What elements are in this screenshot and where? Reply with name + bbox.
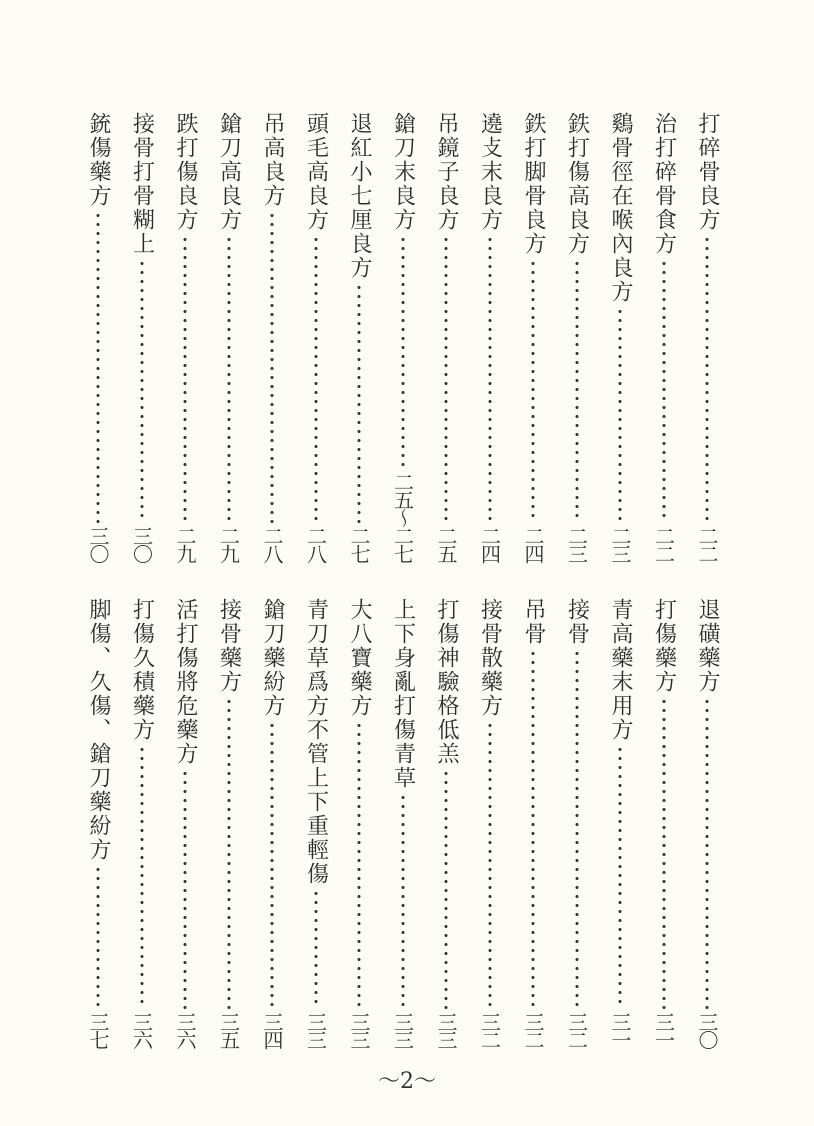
- toc-entry[interactable]: 活打傷將危藥方三六: [170, 598, 200, 1048]
- toc-entry[interactable]: 打傷神驗格低羔三三: [431, 598, 461, 1048]
- dot-leader: [401, 793, 405, 1009]
- toc-entry-title: 大八寶藥方: [344, 598, 374, 718]
- toc-entry[interactable]: 脚傷、久傷、鎗刀藥紛方三七: [83, 598, 113, 1048]
- toc-entry-page: 三四: [258, 1012, 286, 1048]
- dot-leader: [96, 865, 100, 1009]
- toc-entry[interactable]: 接骨藥方三五: [214, 598, 244, 1048]
- dot-leader: [662, 697, 666, 1009]
- toc-entry-page: 三三: [345, 1012, 373, 1048]
- toc-entry-title: 遶攴末良方: [475, 112, 505, 232]
- toc-entry-title: 治打碎骨食方: [649, 112, 679, 256]
- toc-entry[interactable]: 青刀草爲方不管上下重輕傷三三: [301, 598, 331, 1048]
- dot-leader: [488, 721, 492, 1009]
- toc-entry-page: 三三: [389, 1012, 417, 1048]
- toc-entry[interactable]: 鎗刀高良方二九: [214, 112, 244, 562]
- toc-entry-page: 二七: [345, 526, 373, 562]
- toc-entry-page: 二四: [519, 526, 547, 562]
- toc-entry-page: 二五: [432, 526, 460, 562]
- toc-entry[interactable]: 鉄打傷高良方二三: [562, 112, 592, 562]
- dot-leader: [662, 259, 666, 523]
- toc-entry-title: 鉄打傷高良方: [562, 112, 592, 256]
- toc-entry[interactable]: 銃傷藥方三〇: [83, 112, 113, 562]
- toc-entry-page: 三二: [563, 1012, 591, 1048]
- toc-entry-page: 三一: [650, 1012, 678, 1048]
- toc-entry-title: 接骨散藥方: [475, 598, 505, 718]
- toc-entry-title: 鉄打脚骨良方: [518, 112, 548, 256]
- toc-entry[interactable]: 鎗刀藥紛方三四: [257, 598, 287, 1048]
- toc-entry-page: 三〇: [693, 1012, 721, 1048]
- toc-entry-title: 鎗刀末良方: [388, 112, 418, 232]
- toc-entry[interactable]: 吊骨三二: [518, 598, 548, 1048]
- toc-entry-title: 打碎骨良方: [692, 112, 722, 232]
- toc-entry-page: 三二: [476, 1012, 504, 1048]
- toc-entry[interactable]: 青高藥末用方三一: [605, 598, 635, 1048]
- toc-entry-title: 跌打傷良方: [170, 112, 200, 232]
- toc-entry-page: 三〇: [84, 526, 112, 562]
- toc-entry-title: 吊鏡子良方: [431, 112, 461, 232]
- dot-leader: [270, 211, 274, 523]
- toc-page: 打碎骨良方二二治打碎骨食方二二鷄骨徑在喉內良方二三鉄打傷高良方二三鉄打脚骨良方二…: [0, 0, 814, 1126]
- toc-entry[interactable]: 頭毛高良方二八: [301, 112, 331, 562]
- dot-leader: [183, 235, 187, 523]
- toc-entry-page: 二九: [171, 526, 199, 562]
- dot-leader: [618, 307, 622, 523]
- toc-entry-title: 上下身亂打傷青草: [388, 598, 418, 790]
- toc-entry[interactable]: 退紅小七厘良方二七: [344, 112, 374, 562]
- toc-section-bottom: 退磺藥方三〇打傷藥方三一青高藥末用方三一接骨三二吊骨三二接骨散藥方三二打傷神驗格…: [0, 598, 814, 1048]
- toc-entry-title: 鷄骨徑在喉內良方: [605, 112, 635, 304]
- dot-leader: [575, 259, 579, 523]
- toc-entry-page: 三三: [432, 1012, 460, 1048]
- dot-leader: [705, 697, 709, 1009]
- dot-leader: [705, 235, 709, 523]
- toc-entry-page: 二四: [476, 526, 504, 562]
- toc-entry-title: 吊骨: [518, 598, 548, 646]
- dot-leader: [357, 721, 361, 1009]
- toc-entry-page: 三七: [84, 1012, 112, 1048]
- toc-entry[interactable]: 接骨三二: [562, 598, 592, 1048]
- dot-leader: [227, 235, 231, 523]
- toc-entry[interactable]: 跌打傷良方二九: [170, 112, 200, 562]
- dot-leader: [96, 211, 100, 523]
- toc-entry-title: 鎗刀藥紛方: [257, 598, 287, 718]
- dot-leader: [357, 283, 361, 523]
- toc-entry-title: 吊高良方: [257, 112, 287, 208]
- dot-leader: [183, 769, 187, 1009]
- dot-leader: [401, 235, 405, 469]
- toc-entry[interactable]: 鷄骨徑在喉內良方二三: [605, 112, 635, 562]
- toc-entry[interactable]: 打傷久積藥方三六: [127, 598, 157, 1048]
- dot-leader: [314, 889, 318, 1009]
- toc-entry[interactable]: 大八寶藥方三三: [344, 598, 374, 1048]
- toc-entry-title: 接骨: [562, 598, 592, 646]
- toc-entry-page: 三二: [519, 1012, 547, 1048]
- toc-entry[interactable]: 接骨散藥方三二: [475, 598, 505, 1048]
- toc-entry[interactable]: 上下身亂打傷青草三三: [388, 598, 418, 1048]
- toc-entry[interactable]: 遶攴末良方二四: [475, 112, 505, 562]
- toc-entry-page: 二九: [215, 526, 243, 562]
- toc-entry[interactable]: 鉄打脚骨良方二四: [518, 112, 548, 562]
- dot-leader: [270, 721, 274, 1009]
- toc-entry[interactable]: 吊鏡子良方二五: [431, 112, 461, 562]
- toc-entry-page: 二三: [606, 526, 634, 562]
- dot-leader: [140, 259, 144, 523]
- toc-entry[interactable]: 打傷藥方三一: [649, 598, 679, 1048]
- toc-entry-title: 青刀草爲方不管上下重輕傷: [301, 598, 331, 886]
- toc-entry-page: 二三: [563, 526, 591, 562]
- toc-entry-page: 三六: [171, 1012, 199, 1048]
- dot-leader: [618, 745, 622, 1009]
- dot-leader: [488, 235, 492, 523]
- toc-entry[interactable]: 退磺藥方三〇: [692, 598, 722, 1048]
- toc-entry[interactable]: 接骨打骨糊上三〇: [127, 112, 157, 562]
- toc-entry-title: 退紅小七厘良方: [344, 112, 374, 280]
- toc-entry-title: 打傷神驗格低羔: [431, 598, 461, 766]
- toc-entry-page: 二五～二七: [389, 472, 417, 562]
- toc-entry[interactable]: 鎗刀末良方二五～二七: [388, 112, 418, 562]
- toc-entry-title: 脚傷、久傷、鎗刀藥紛方: [83, 598, 113, 862]
- toc-entry-title: 頭毛高良方: [301, 112, 331, 232]
- toc-entry-page: 二二: [650, 526, 678, 562]
- dot-leader: [444, 769, 448, 1009]
- toc-entry-page: 三三: [302, 1012, 330, 1048]
- dot-leader: [531, 259, 535, 523]
- toc-entry-page: 二八: [302, 526, 330, 562]
- dot-leader: [140, 745, 144, 1009]
- dot-leader: [575, 649, 579, 1009]
- toc-entry-title: 接骨藥方: [214, 598, 244, 694]
- toc-entry-title: 銃傷藥方: [83, 112, 113, 208]
- toc-entry[interactable]: 吊高良方二八: [257, 112, 287, 562]
- toc-entry-title: 青高藥末用方: [605, 598, 635, 742]
- toc-entry-page: 三六: [128, 1012, 156, 1048]
- toc-entry-page: 三五: [215, 1012, 243, 1048]
- toc-entry-title: 打傷久積藥方: [127, 598, 157, 742]
- dot-leader: [531, 649, 535, 1009]
- toc-entry-page: 三〇: [128, 526, 156, 562]
- page-number-footer: ～2～: [0, 1064, 814, 1095]
- toc-entry[interactable]: 打碎骨良方二二: [692, 112, 722, 562]
- toc-entry-page: 二八: [258, 526, 286, 562]
- toc-entry-title: 打傷藥方: [649, 598, 679, 694]
- toc-entry-title: 退磺藥方: [692, 598, 722, 694]
- toc-entry-page: 三一: [606, 1012, 634, 1048]
- toc-entry-title: 鎗刀高良方: [214, 112, 244, 232]
- dot-leader: [314, 235, 318, 523]
- dot-leader: [227, 697, 231, 1009]
- toc-entry[interactable]: 治打碎骨食方二二: [649, 112, 679, 562]
- toc-entry-page: 二二: [693, 526, 721, 562]
- dot-leader: [444, 235, 448, 523]
- toc-entry-title: 活打傷將危藥方: [170, 598, 200, 766]
- toc-entry-title: 接骨打骨糊上: [127, 112, 157, 256]
- toc-section-top: 打碎骨良方二二治打碎骨食方二二鷄骨徑在喉內良方二三鉄打傷高良方二三鉄打脚骨良方二…: [0, 112, 814, 562]
